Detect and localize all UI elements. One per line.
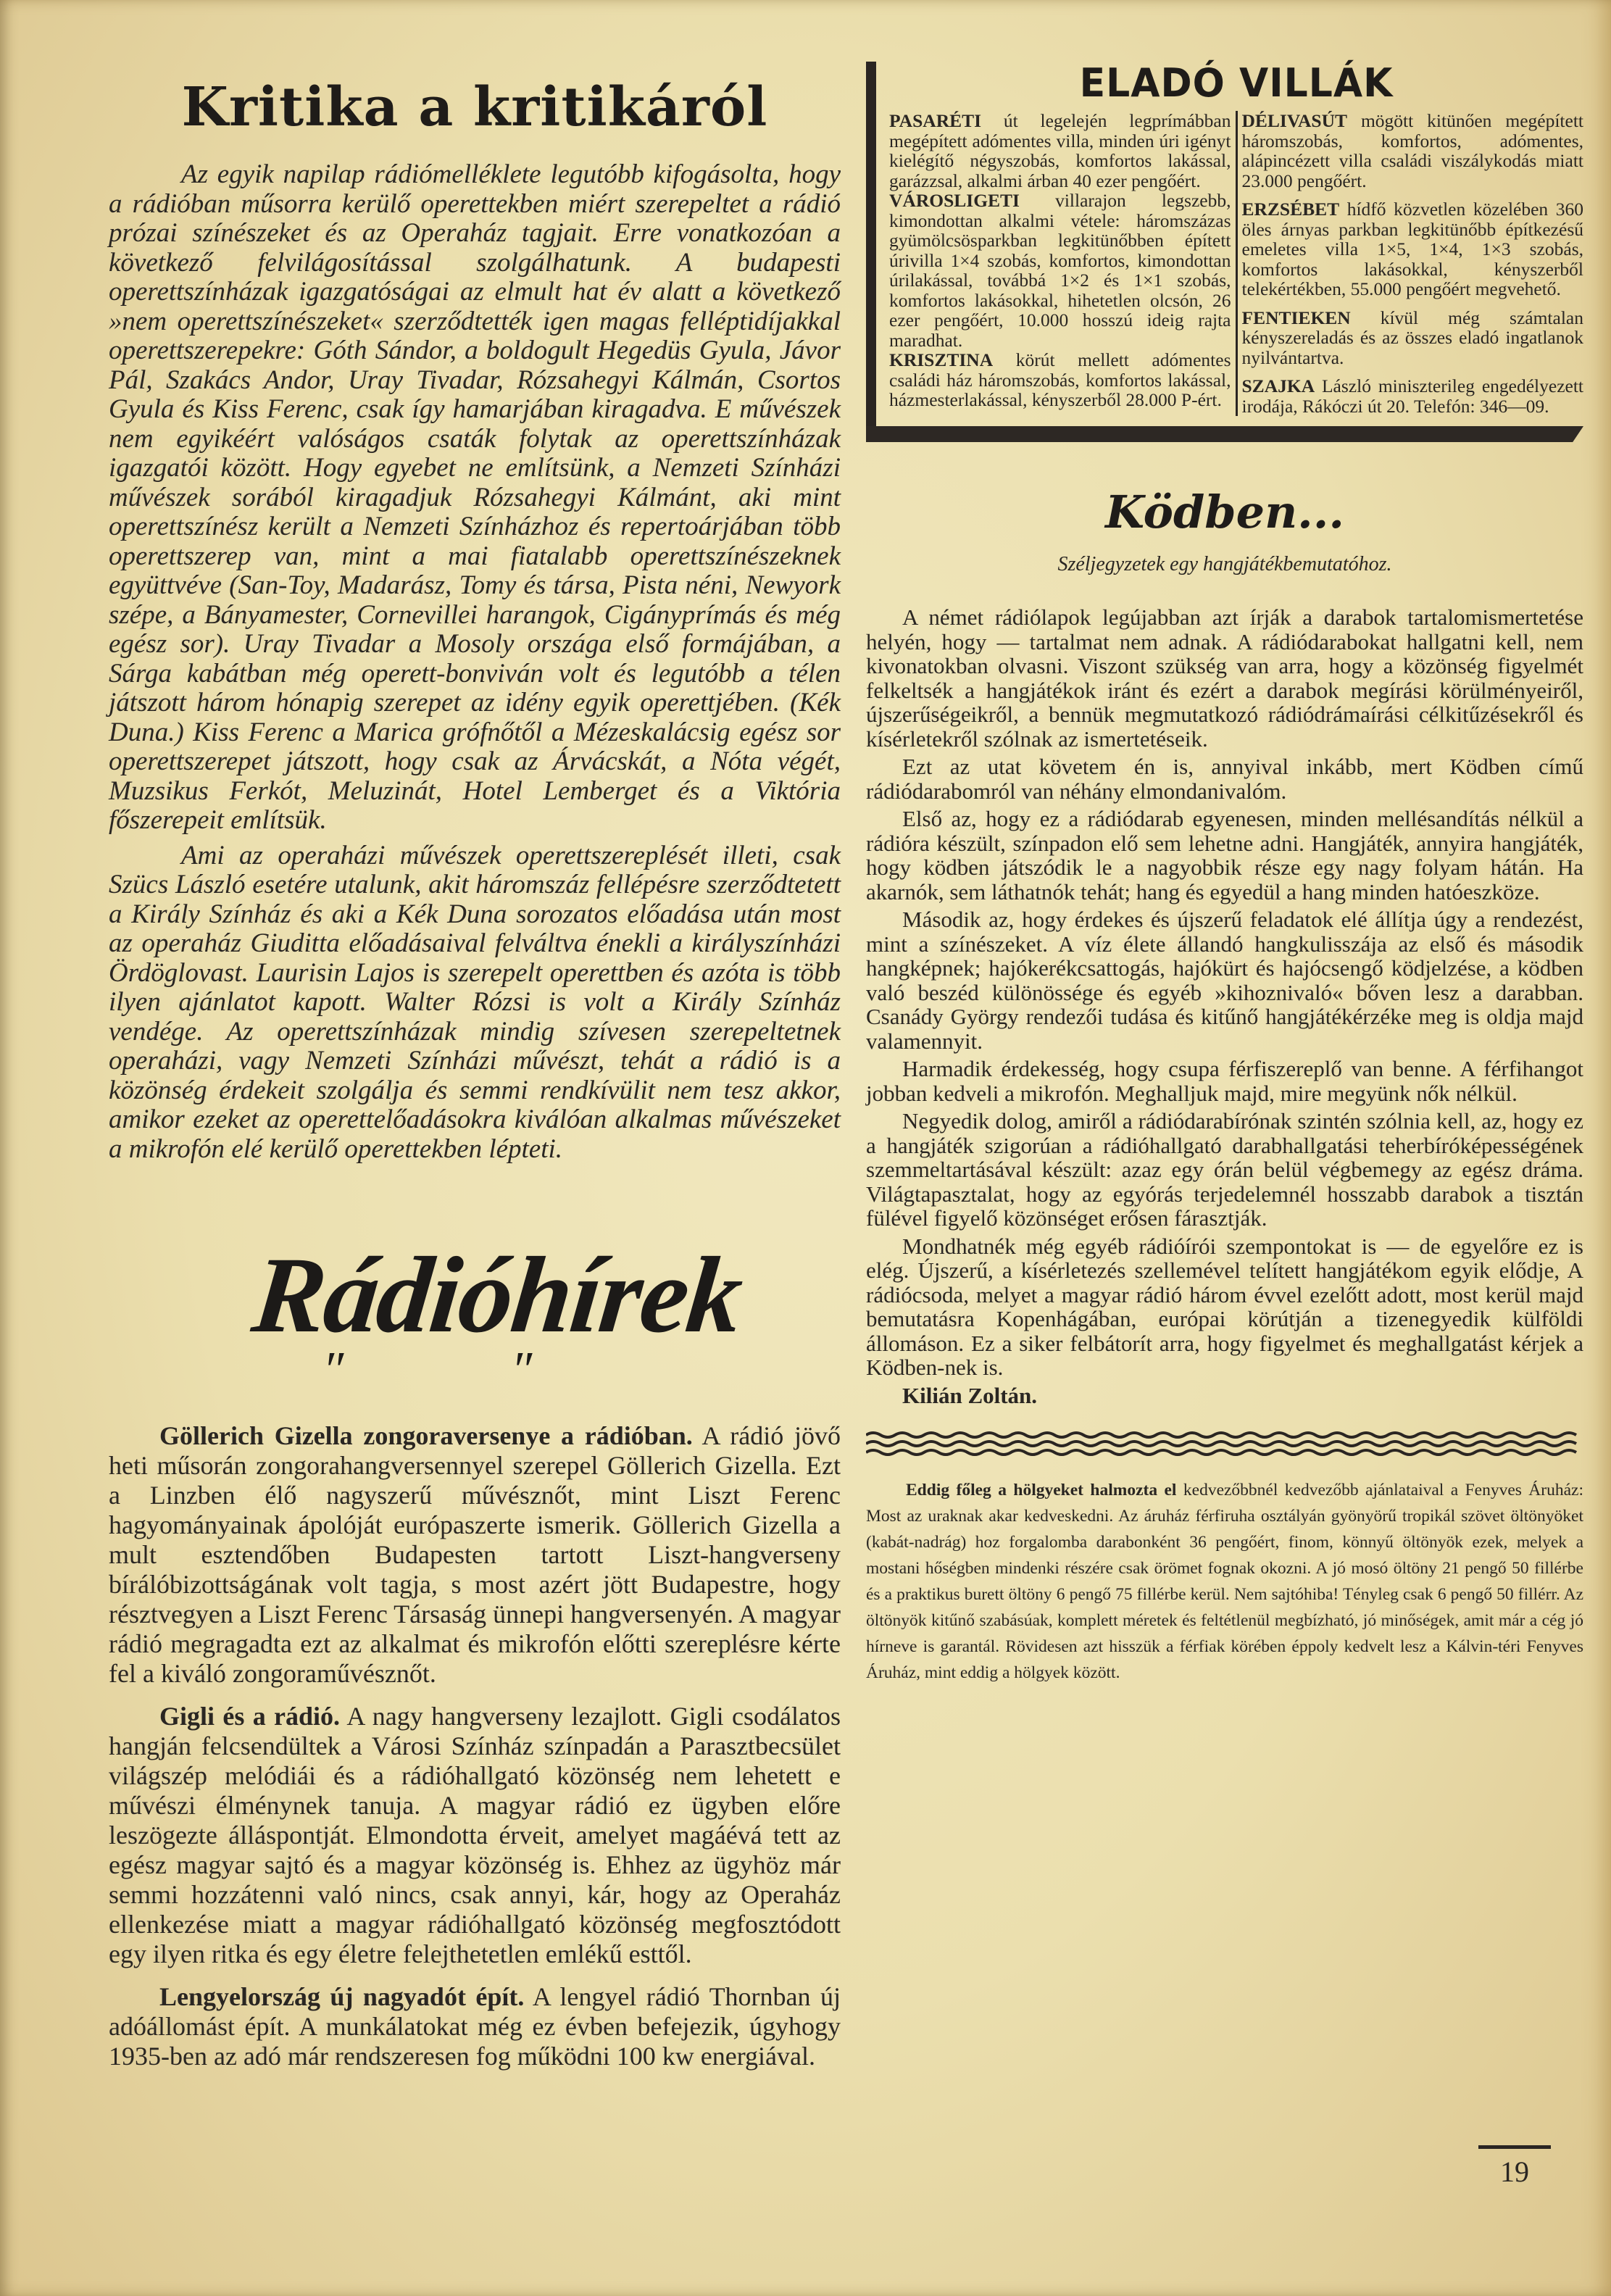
right-column: ELADÓ VILLÁK PASARÉTI út legelején legpr… xyxy=(866,62,1583,1686)
news-item: Göllerich Gizella zongoraversenye a rádi… xyxy=(109,1421,841,1689)
kodben-paragraph: Második az, hogy érdekes és újszerű fela… xyxy=(866,907,1583,1053)
villa-listing-keyword: SZAJKA xyxy=(1242,375,1315,396)
villa-listing-keyword: FENTIEKEN xyxy=(1242,307,1351,328)
fenyves-ad-body: kedvezőbbnél kedvezőbb ajánlataival a Fe… xyxy=(866,1481,1583,1682)
kodben-paragraph: A német rádiólapok legújabban azt írják … xyxy=(866,605,1583,751)
radiohirek-logo: Rádióhírek ″ ″ xyxy=(254,1233,841,1399)
villa-listing-keyword: DÉLIVASÚT xyxy=(1242,110,1348,131)
page-number: 19 xyxy=(1478,2145,1551,2189)
magazine-page: Kritika a kritikáról Az egyik napilap rá… xyxy=(0,0,1611,2296)
kodben-article: Ködben... Széljegyzetek egy hangjátékbem… xyxy=(866,486,1583,1407)
radiohirek-logo-text: Rádióhírek xyxy=(247,1233,747,1357)
kritika-body: Az egyik napilap rádiómelléklete legutób… xyxy=(109,160,841,1164)
villa-listing-keyword: PASARÉTI xyxy=(889,110,981,131)
kodben-paragraph: Mondhatnék még egyéb rádióírói szemponto… xyxy=(866,1234,1583,1380)
news-item: Lengyelország új nagyadót épít. A lengye… xyxy=(109,1982,841,2071)
villa-listing: SZAJKA László miniszterileg engedélyezet… xyxy=(1242,376,1584,416)
ad-border-bar xyxy=(866,426,1583,442)
news-item-headline: Gigli és a rádió. xyxy=(159,1702,340,1731)
kritika-title: Kritika a kritikáról xyxy=(109,76,841,138)
fenyves-aruhaz-ad: Eddig főleg a hölgyeket halmozta el kedv… xyxy=(866,1477,1583,1686)
villa-listing: FENTIEKEN kívül még számtalan kényszerel… xyxy=(1242,308,1584,368)
kodben-subtitle: Széljegyzetek egy hangjátékbemutatóhoz. xyxy=(866,553,1583,576)
kritika-article: Kritika a kritikáról Az egyik napilap rá… xyxy=(109,76,841,1164)
villa-listing: VÁROSLIGETI villarajon legszebb, kimondo… xyxy=(889,191,1231,350)
kodben-body: A német rádiólapok legújabban azt írják … xyxy=(866,605,1583,1407)
villa-listing: ERZSÉBET hídfő közvetlen közelében 360 ö… xyxy=(1242,199,1584,299)
fenyves-ad-text: Eddig főleg a hölgyeket halmozta el kedv… xyxy=(866,1477,1583,1686)
logo-accent-mark-icon: ″ xyxy=(511,1342,530,1399)
news-item-headline: Lengyelország új nagyadót épít. xyxy=(159,1982,524,2011)
kodben-paragraph: Első az, hogy ez a rádiódarab egyenesen,… xyxy=(866,807,1583,904)
villak-title: ELADÓ VILLÁK xyxy=(889,61,1583,107)
villa-listing-keyword: KRISZTINA xyxy=(889,349,993,370)
news-item-text: A rádió jövő heti műsorán zongorahangver… xyxy=(109,1421,841,1688)
news-list: Göllerich Gizella zongoraversenye a rádi… xyxy=(109,1421,841,2071)
fenyves-ad-lead: Eddig főleg a hölgyeket halmozta el xyxy=(906,1481,1176,1500)
kritika-paragraph: Ami az operaházi művészek operettszerepl… xyxy=(109,841,841,1165)
kritika-paragraph: Az egyik napilap rádiómelléklete legutób… xyxy=(109,160,841,836)
kodben-title: Ködben... xyxy=(866,486,1583,538)
villa-listing-keyword: ERZSÉBET xyxy=(1242,199,1340,220)
kodben-paragraph: Ezt az utat követem én is, annyival inká… xyxy=(866,754,1583,803)
villak-right-column: DÉLIVASÚT mögött kitünően megépített hár… xyxy=(1238,111,1584,416)
news-item-text: A nagy hangverseny lezajlott. Gigli csod… xyxy=(109,1702,841,1968)
left-column: Kritika a kritikáról Az egyik napilap rá… xyxy=(109,69,841,2071)
radiohirek-section: Rádióhírek ″ ″ Göllerich Gizella zongora… xyxy=(109,1233,841,2071)
villa-listing: PASARÉTI út legelején legprímábban megép… xyxy=(889,111,1231,191)
villa-listing-text: villarajon legszebb, kimondottan alkalmi… xyxy=(889,190,1231,351)
kodben-paragraph: Harmadik érdekesség, hogy csupa férfisze… xyxy=(866,1057,1583,1105)
villak-left-column: PASARÉTI út legelején legprímábban megép… xyxy=(889,111,1238,416)
news-item-headline: Göllerich Gizella zongoraversenye a rádi… xyxy=(159,1421,693,1450)
villa-listing: DÉLIVASÚT mögött kitünően megépített hár… xyxy=(1242,111,1584,191)
elado-villak-ad: ELADÓ VILLÁK PASARÉTI út legelején legpr… xyxy=(866,62,1583,442)
news-item: Gigli és a rádió. A nagy hangverseny lez… xyxy=(109,1702,841,1969)
wavy-divider-icon xyxy=(866,1429,1583,1458)
villa-listing-keyword: VÁROSLIGETI xyxy=(889,190,1020,211)
villak-listing-columns: PASARÉTI út legelején legprímábban megép… xyxy=(889,111,1583,416)
kodben-paragraph: Negyedik dolog, amiről a rádiódarabíróna… xyxy=(866,1109,1583,1231)
logo-accent-mark-icon: ″ xyxy=(322,1342,342,1399)
villa-listing: KRISZTINA körút mellett adómentes család… xyxy=(889,350,1231,410)
kodben-author: Kilián Zoltán. xyxy=(866,1384,1583,1408)
